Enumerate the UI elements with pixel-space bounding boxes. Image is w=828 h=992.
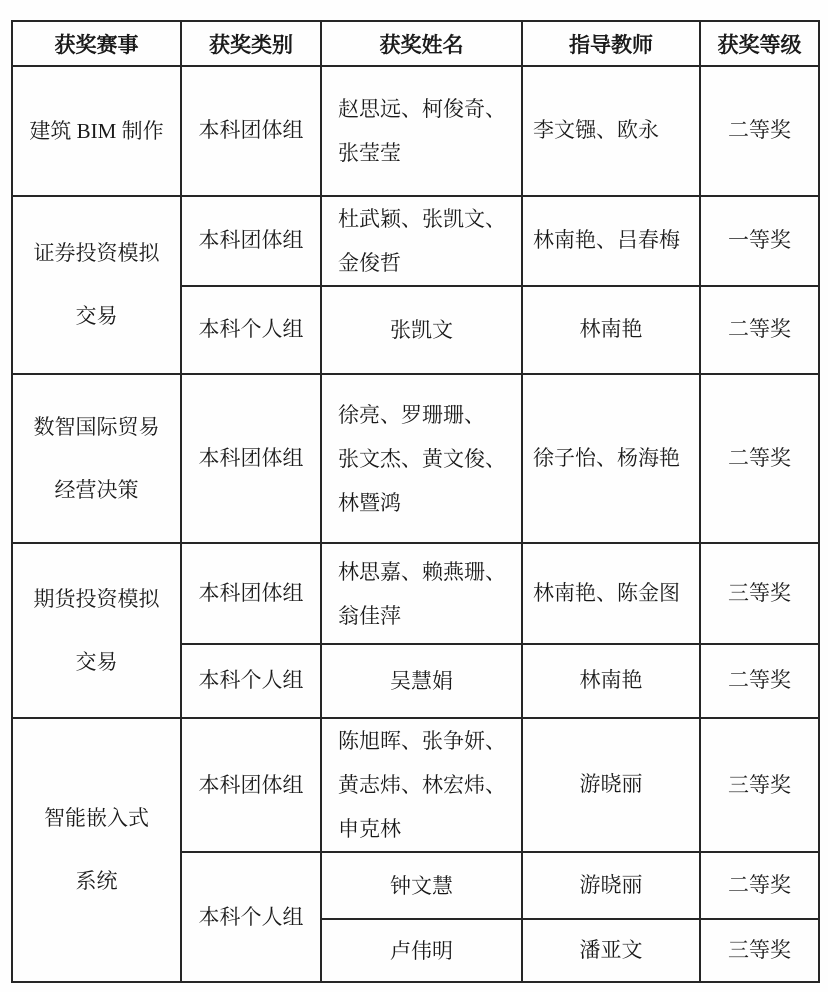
category-cell: 本科个人组: [181, 286, 321, 374]
teachers-cell: 林南艳、陈金图: [522, 543, 700, 644]
names-cell: 赵思远、柯俊奇、 张莹莹: [321, 66, 522, 196]
category-cell: 本科个人组: [181, 644, 321, 718]
award-cell: 二等奖: [700, 374, 819, 543]
names-cell: 杜武颖、张凯文、 金俊哲: [321, 196, 522, 286]
table-row: 证券投资模拟 交易 本科团体组 杜武颖、张凯文、 金俊哲 林南艳、吕春梅 一等奖: [12, 196, 819, 286]
header-cell-category: 获奖类别: [181, 21, 321, 66]
names-cell: 林思嘉、赖燕珊、 翁佳萍: [321, 543, 522, 644]
header-cell-competition: 获奖赛事: [12, 21, 181, 66]
competition-cell: 证券投资模拟 交易: [12, 196, 181, 374]
teachers-cell: 游晓丽: [522, 852, 700, 919]
competition-cell: 数智国际贸易 经营决策: [12, 374, 181, 543]
award-cell: 三等奖: [700, 718, 819, 852]
teachers-cell: 徐子怡、杨海艳: [522, 374, 700, 543]
award-cell: 一等奖: [700, 196, 819, 286]
category-cell: 本科团体组: [181, 196, 321, 286]
table-row: 智能嵌入式 系统 本科团体组 陈旭晖、张争妍、 黄志炜、林宏炜、 申克林 游晓丽…: [12, 718, 819, 852]
award-cell: 二等奖: [700, 644, 819, 718]
header-cell-award: 获奖等级: [700, 21, 819, 66]
names-cell: 徐亮、罗珊珊、 张文杰、黄文俊、 林暨鸿: [321, 374, 522, 543]
names-cell: 张凯文: [321, 286, 522, 374]
award-cell: 二等奖: [700, 286, 819, 374]
category-cell: 本科团体组: [181, 374, 321, 543]
teachers-cell: 李文镪、欧永: [522, 66, 700, 196]
award-cell: 二等奖: [700, 852, 819, 919]
award-cell: 三等奖: [700, 919, 819, 982]
competition-cell: 智能嵌入式 系统: [12, 718, 181, 982]
names-cell: 钟文慧: [321, 852, 522, 919]
teachers-cell: 林南艳: [522, 286, 700, 374]
competition-cell: 建筑 BIM 制作: [12, 66, 181, 196]
category-cell: 本科团体组: [181, 718, 321, 852]
teachers-cell: 林南艳、吕春梅: [522, 196, 700, 286]
teachers-cell: 林南艳: [522, 644, 700, 718]
award-cell: 三等奖: [700, 543, 819, 644]
teachers-cell: 游晓丽: [522, 718, 700, 852]
document-page: 获奖赛事 获奖类别 获奖姓名 指导教师 获奖等级 建筑 BIM 制作 本科团体组…: [0, 0, 828, 992]
teachers-cell: 潘亚文: [522, 919, 700, 982]
header-cell-teachers: 指导教师: [522, 21, 700, 66]
header-row: 获奖赛事 获奖类别 获奖姓名 指导教师 获奖等级: [12, 21, 819, 66]
header-cell-names: 获奖姓名: [321, 21, 522, 66]
awards-table: 获奖赛事 获奖类别 获奖姓名 指导教师 获奖等级 建筑 BIM 制作 本科团体组…: [11, 20, 820, 983]
table-row: 数智国际贸易 经营决策 本科团体组 徐亮、罗珊珊、 张文杰、黄文俊、 林暨鸿 徐…: [12, 374, 819, 543]
table-row: 建筑 BIM 制作 本科团体组 赵思远、柯俊奇、 张莹莹 李文镪、欧永 二等奖: [12, 66, 819, 196]
award-cell: 二等奖: [700, 66, 819, 196]
table-row: 期货投资模拟 交易 本科团体组 林思嘉、赖燕珊、 翁佳萍 林南艳、陈金图 三等奖: [12, 543, 819, 644]
category-cell: 本科团体组: [181, 66, 321, 196]
names-cell: 卢伟明: [321, 919, 522, 982]
category-cell: 本科个人组: [181, 852, 321, 982]
category-cell: 本科团体组: [181, 543, 321, 644]
names-cell: 陈旭晖、张争妍、 黄志炜、林宏炜、 申克林: [321, 718, 522, 852]
competition-cell: 期货投资模拟 交易: [12, 543, 181, 718]
names-cell: 吴慧娟: [321, 644, 522, 718]
